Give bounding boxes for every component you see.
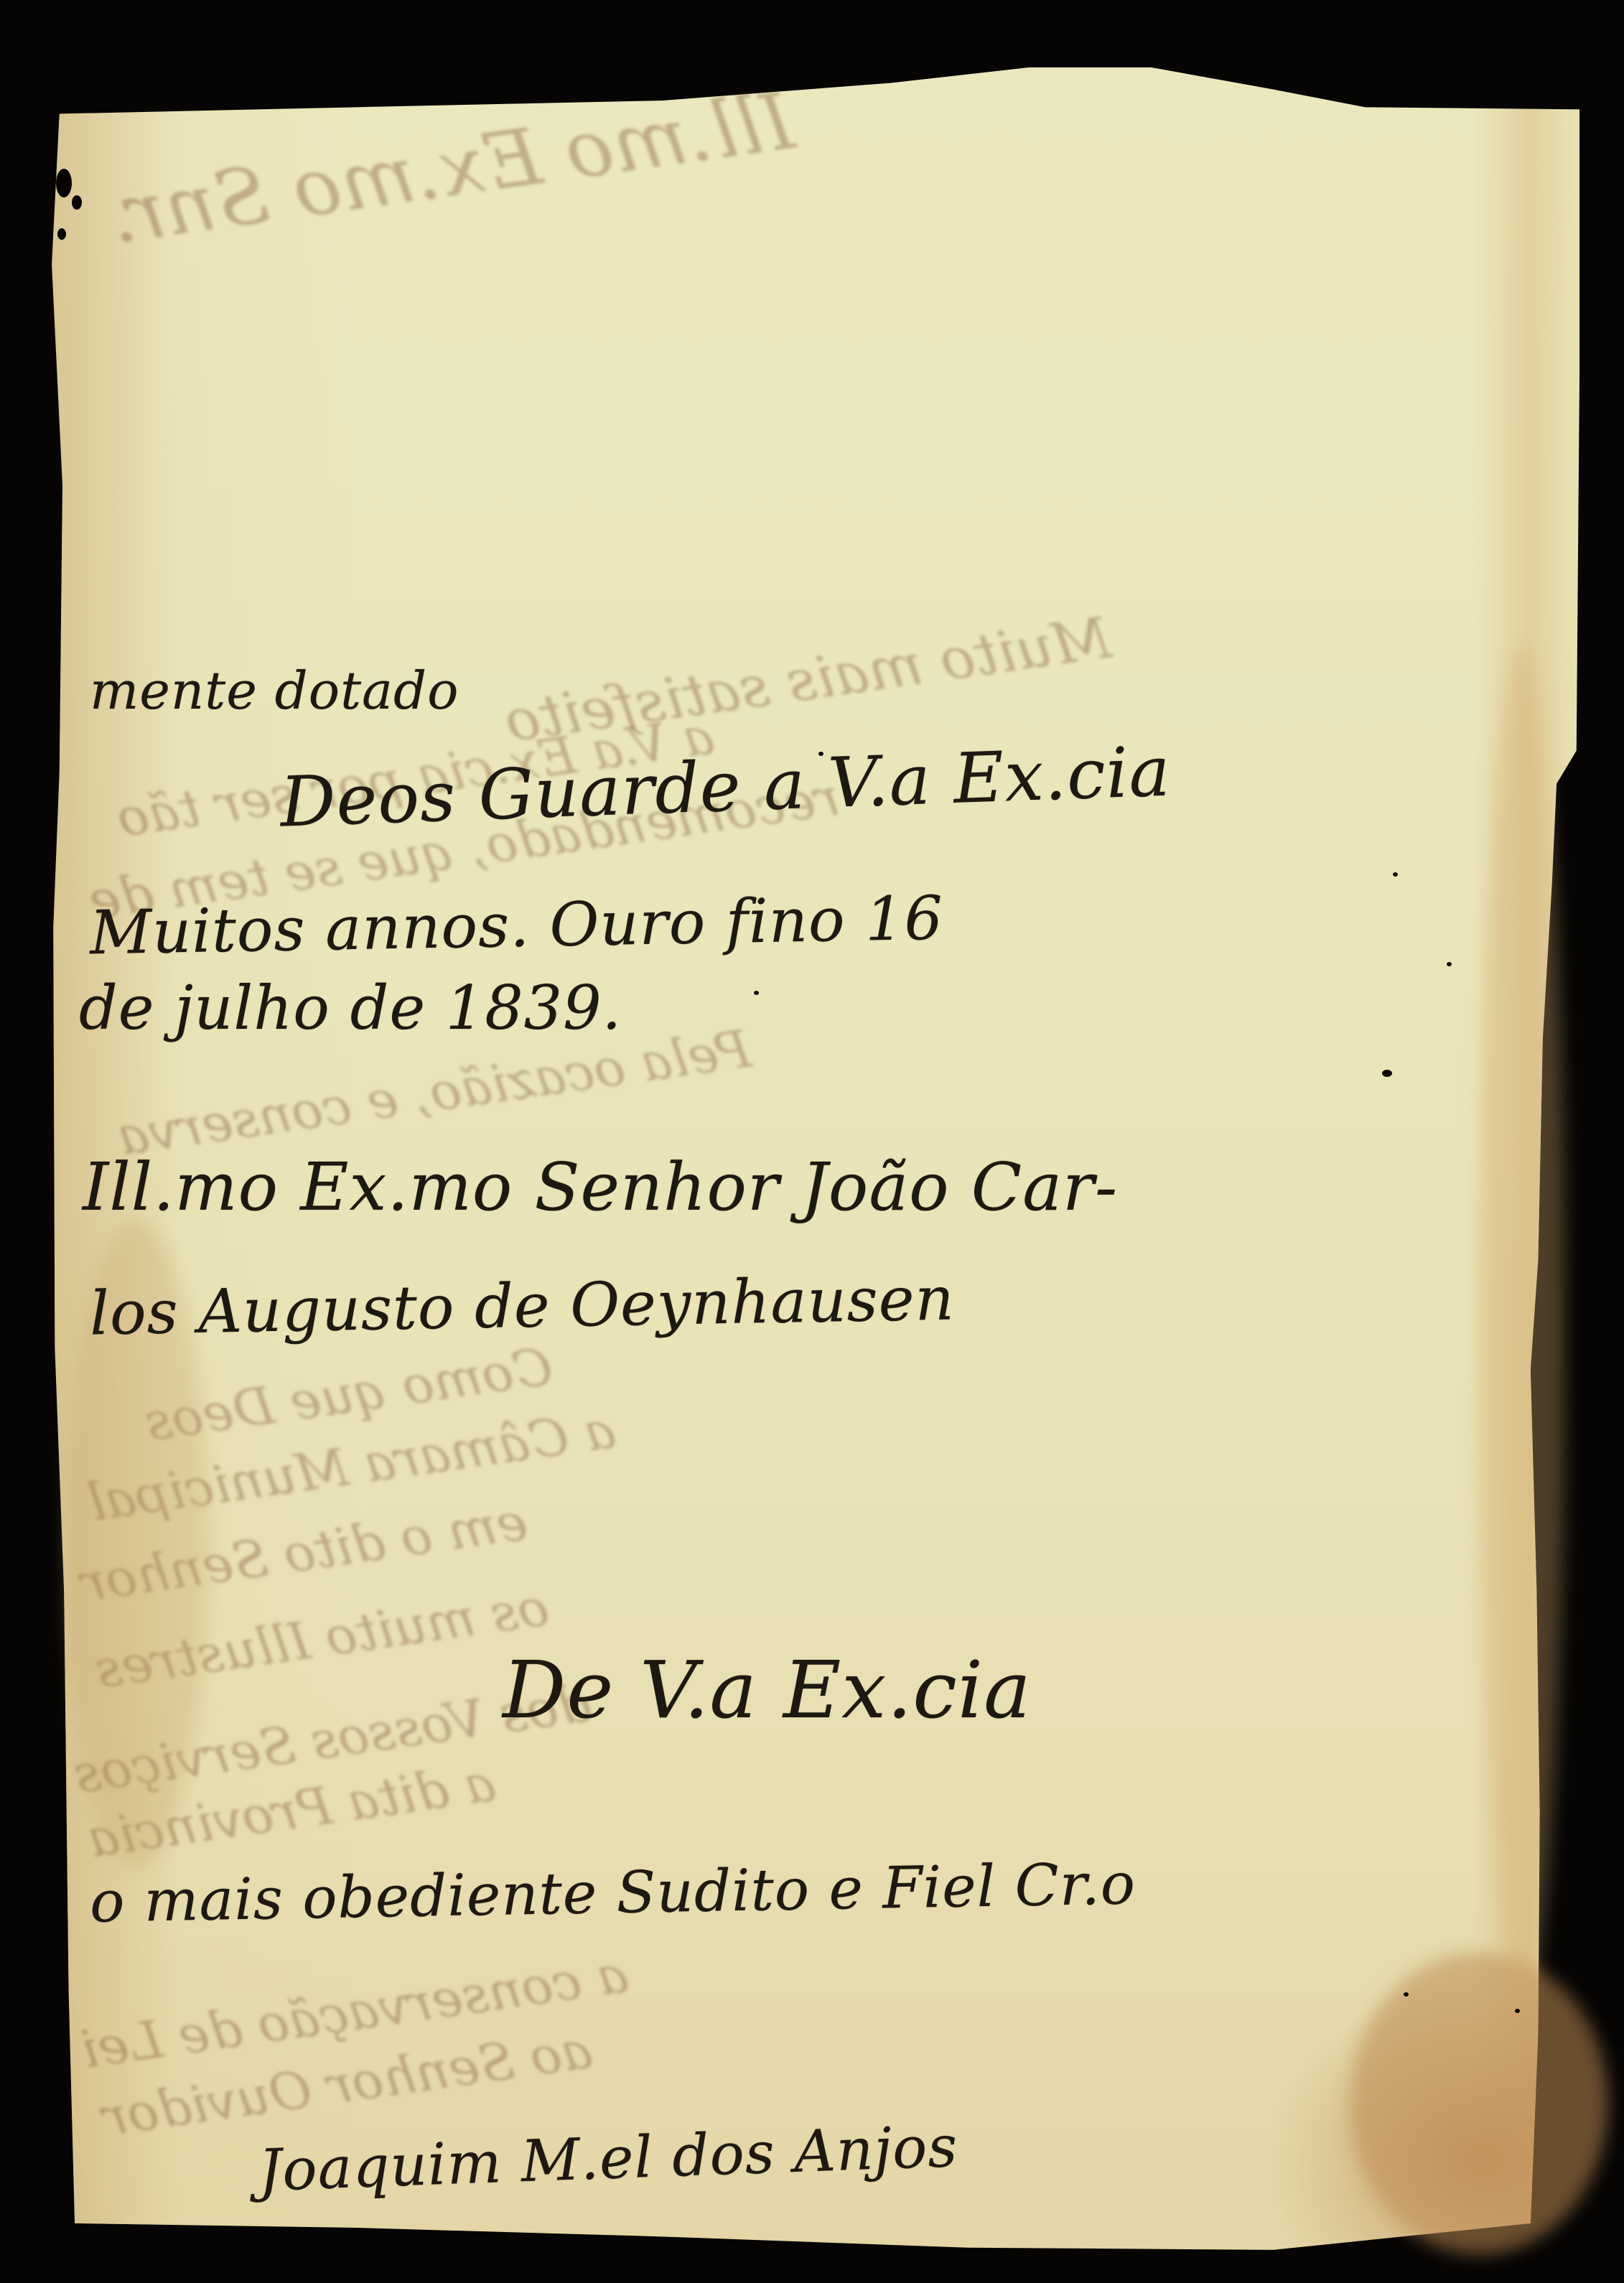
ink-speck: [1382, 1070, 1392, 1077]
paper-hole: [72, 195, 82, 210]
addressee-line-1: Ill.mo Ex.mo Senhor João Car-: [83, 1149, 1118, 1225]
foxing-stain: [1350, 1953, 1608, 2254]
closing-salutation: De V.a Ex.cia: [503, 1644, 1032, 1736]
foxing-stain: [1479, 646, 1565, 2010]
body-line-3: Muitos annos. Ouro fino 16: [89, 883, 944, 968]
ink-speck: [754, 991, 759, 995]
paper-hole: [57, 228, 66, 240]
body-line-4-date: de julho de 1839.: [79, 973, 622, 1043]
ink-speck: [818, 752, 823, 756]
body-line-1: mente dotado: [90, 660, 459, 721]
ink-speck: [1393, 872, 1398, 877]
paper-hole: [56, 169, 72, 197]
ink-speck: [1404, 1992, 1409, 1997]
ink-speck: [1447, 962, 1452, 966]
ink-speck: [1515, 2009, 1520, 2013]
